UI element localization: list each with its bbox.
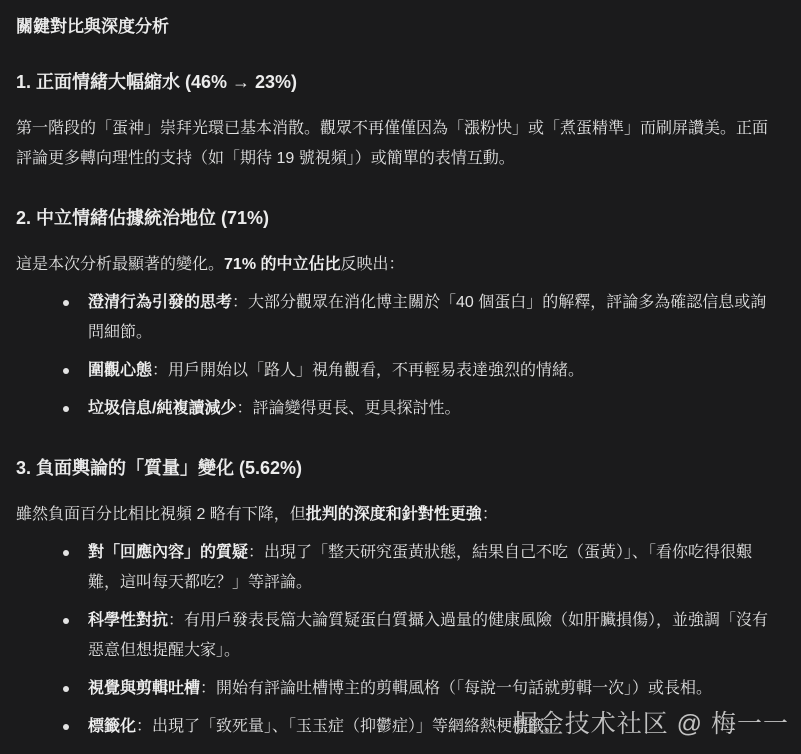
bullet-term: 對「回應內容」的質疑 [88,544,248,561]
bullet-text: ：開始有評論吐槽博主的剪輯風格（「每說一句話就剪輯一次」）或長相。 [200,680,712,697]
bullet-item: 標籤化：出現了「致死量」、「玉玉症（抑鬱症）」等網絡熱梗標籤。 [16,712,775,742]
bullet-text: ：用戶開始以「路人」視角觀看，不再輕易表達強烈的情緒。 [152,362,584,379]
paragraph-bold-text: 批判的深度和針對性更強 [306,506,482,523]
bullet-list: 對「回應內容」的質疑：出現了「整天研究蛋黃狀態，結果自己不吃（蛋黃）」、「看你吃… [16,538,775,742]
paragraph-text: 第一階段的「蛋神」崇拜光環已基本消散。觀眾不再僅僅因為「漲粉快」或「煮蛋精準」而… [16,120,768,167]
page-title: 關鍵對比與深度分析 [16,16,775,38]
section-paragraph: 這是本次分析最顯著的變化。71% 的中立佔比反映出： [16,250,775,280]
section-heading: 1. 正面情緒大幅縮水 (46% → 23%) [16,70,775,94]
section-heading: 3. 負面輿論的「質量」變化 (5.62%) [16,456,775,480]
bullet-item: 視覺與剪輯吐槽：開始有評論吐槽博主的剪輯風格（「每說一句話就剪輯一次」）或長相。 [16,674,775,704]
bullet-item: 圍觀心態：用戶開始以「路人」視角觀看，不再輕易表達強烈的情緒。 [16,356,775,386]
section-negative-sentiment: 3. 負面輿論的「質量」變化 (5.62%) 雖然負面百分比相比視頻 2 略有下… [16,456,775,742]
bullet-item: 垃圾信息/純複讀減少：評論變得更長、更具探討性。 [16,394,775,424]
bullet-term: 垃圾信息/純複讀減少 [88,400,236,417]
paragraph-bold-text: 71% 的中立佔比 [224,256,340,273]
paragraph-text: ： [482,506,498,523]
bullet-list: 澄清行為引發的思考：大部分觀眾在消化博主關於「40 個蛋白」的解釋，評論多為確認… [16,288,775,424]
bullet-term: 科學性對抗 [88,612,168,629]
bullet-item: 科學性對抗：有用戶發表長篇大論質疑蛋白質攝入過量的健康風險（如肝臟損傷），並強調… [16,606,775,666]
paragraph-text: 反映出： [341,256,405,273]
bullet-term: 視覺與剪輯吐槽 [88,680,200,697]
bullet-text: ：評論變得更長、更具探討性。 [236,400,460,417]
paragraph-text: 這是本次分析最顯著的變化。 [16,256,224,273]
bullet-term: 圍觀心態 [88,362,152,379]
bullet-term: 標籤化 [88,718,136,735]
bullet-item: 澄清行為引發的思考：大部分觀眾在消化博主關於「40 個蛋白」的解釋，評論多為確認… [16,288,775,348]
section-positive-sentiment: 1. 正面情緒大幅縮水 (46% → 23%) 第一階段的「蛋神」崇拜光環已基本… [16,70,775,174]
paragraph-text: 雖然負面百分比相比視頻 2 略有下降，但 [16,506,306,523]
bullet-term: 澄清行為引發的思考 [88,294,232,311]
analysis-document: 關鍵對比與深度分析 1. 正面情緒大幅縮水 (46% → 23%) 第一階段的「… [0,0,801,754]
bullet-item: 對「回應內容」的質疑：出現了「整天研究蛋黃狀態，結果自己不吃（蛋黃）」、「看你吃… [16,538,775,598]
section-neutral-sentiment: 2. 中立情緒佔據統治地位 (71%) 這是本次分析最顯著的變化。71% 的中立… [16,206,775,424]
bullet-text: ：有用戶發表長篇大論質疑蛋白質攝入過量的健康風險（如肝臟損傷），並強調「沒有惡意… [88,612,768,659]
section-paragraph: 雖然負面百分比相比視頻 2 略有下降，但批判的深度和針對性更強： [16,500,775,530]
section-paragraph: 第一階段的「蛋神」崇拜光環已基本消散。觀眾不再僅僅因為「漲粉快」或「煮蛋精準」而… [16,114,775,174]
section-heading: 2. 中立情緒佔據統治地位 (71%) [16,206,775,230]
bullet-text: ：出現了「致死量」、「玉玉症（抑鬱症）」等網絡熱梗標籤。 [136,718,560,735]
